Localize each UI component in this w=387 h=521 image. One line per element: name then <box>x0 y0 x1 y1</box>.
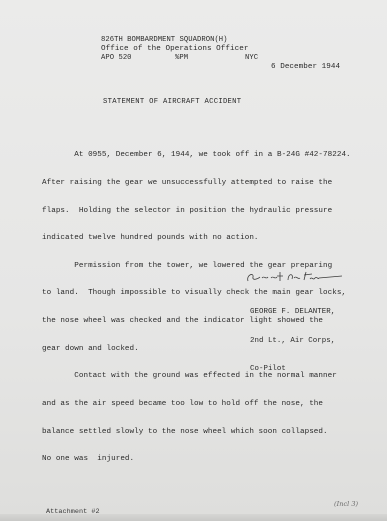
city: NYC <box>245 54 258 63</box>
signer-rank: 2nd Lt., Air Corps, <box>250 337 335 347</box>
body-line: No one was injured. <box>42 455 351 464</box>
office-heading: Office of the Operations Officer <box>101 45 248 54</box>
body-line: and as the air speed became too low to h… <box>42 400 351 409</box>
signer-role: Co-Pilot <box>250 365 335 375</box>
page-edge <box>0 514 387 521</box>
apo-number: APO 520 <box>101 54 132 63</box>
body-line: balance settled slowly to the nose wheel… <box>42 428 351 437</box>
pencil-note: (Incl 3) <box>334 500 358 509</box>
document-date: 6 December 1944 <box>271 63 340 72</box>
body-line: indicated twelve hundred pounds with no … <box>42 234 351 243</box>
signer-name: GEORGE F. DELANTER, <box>250 308 335 318</box>
document-title: STATEMENT OF AIRCRAFT ACCIDENT <box>103 98 241 107</box>
postmaster: %PM <box>175 54 188 63</box>
body-line: After raising the gear we unsuccessfully… <box>42 179 351 188</box>
signature-block: GEORGE F. DELANTER, 2nd Lt., Air Corps, … <box>250 289 335 394</box>
handwritten-signature-icon <box>244 269 344 285</box>
unit-heading: 826TH BOMBARDMENT SQUADRON(H) <box>101 36 228 45</box>
body-line: flaps. Holding the selector in position … <box>42 207 351 216</box>
body-line: At 0955, December 6, 1944, we took off i… <box>42 151 351 160</box>
document-page: 826TH BOMBARDMENT SQUADRON(H) Office of … <box>0 0 387 521</box>
